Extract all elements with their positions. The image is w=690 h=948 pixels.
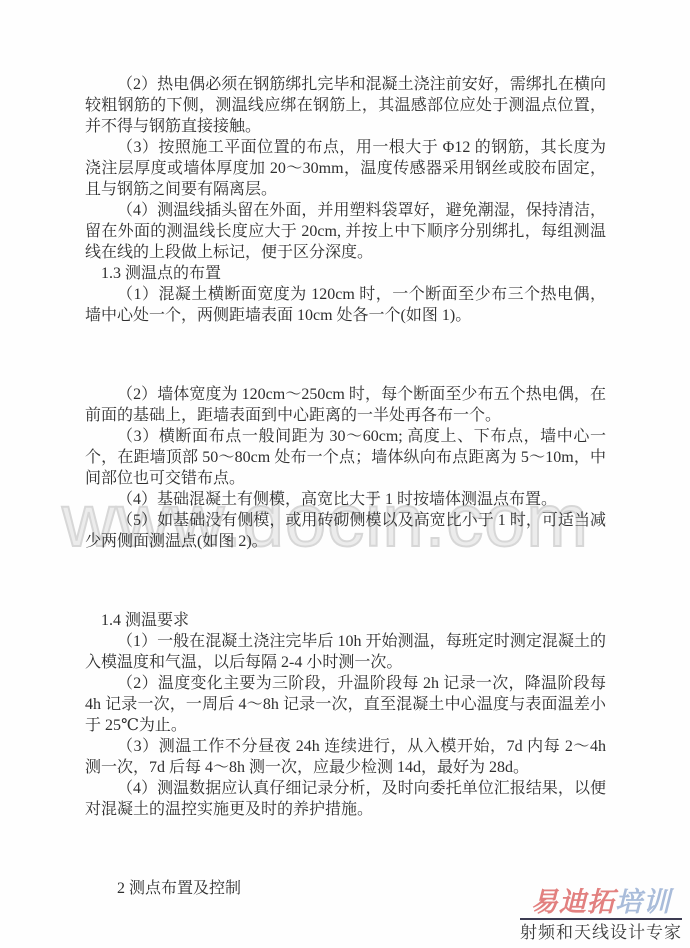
document-text-block: （5）如基础没有侧模，或用砖砌侧模以及高宽比小于 1 时，可适当减少两侧面测温点… <box>85 510 606 552</box>
brand-logo-rule <box>520 918 682 920</box>
document-text-block: （2）热电偶必须在钢筋绑扎完毕和混凝土浇注前安好，需绑扎在横向较粗钢筋的下侧，测… <box>85 74 606 137</box>
document-text-block: （4）基础混凝土有侧模，高宽比大于 1 时按墙体测温点布置。 <box>85 489 606 510</box>
brand-logo-part1: 易迪拓 <box>531 887 615 917</box>
document-text-block: （3）按照施工平面位置的布点，用一根大于 Φ12 的钢筋，其长度为浇注层厚度或墙… <box>85 137 606 200</box>
document-text-block: （3）测温工作不分昼夜 24h 连续进行，从入模开始，7d 内每 2～4h 测一… <box>85 736 606 778</box>
brand-logo-wordmark: 易迪拓培训 <box>516 888 686 916</box>
document-text-block: （4）测温数据应认真仔细记录分析，及时向委托单位汇报结果，以便对混凝土的温控实施… <box>85 778 606 820</box>
document-text-block: （1）一般在混凝土浇注完毕后 10h 开始测温，每班定时测定混凝土的入模温度和气… <box>85 631 606 673</box>
document-text-block <box>85 836 606 862</box>
document-page: www.docin.com （2）热电偶必须在钢筋绑扎完毕和混凝土浇注前安好，需… <box>0 0 690 948</box>
brand-logo-part2: 培训 <box>615 887 671 917</box>
document-text-block: （3）横断面布点一般间距为 30～60cm; 高度上、下布点，墙中心一个，在距墙… <box>85 426 606 489</box>
brand-logo: 易迪拓培训 射频和天线设计专家 <box>516 888 686 942</box>
document-text-block: （1）混凝土横断面宽度为 120cm 时，一个断面至少布三个热电偶，墙中心处一个… <box>85 284 606 326</box>
document-text-block <box>85 342 606 368</box>
document-text-block: （2）温度变化主要为三阶段，升温阶段每 2h 记录一次，降温阶段每 4h 记录一… <box>85 673 606 736</box>
document-text-block: 1.3 测温点的布置 <box>85 263 606 284</box>
document-content: （2）热电偶必须在钢筋绑扎完毕和混凝土浇注前安好，需绑扎在横向较粗钢筋的下侧，测… <box>85 74 606 899</box>
document-text-block: 1.4 测温要求 <box>85 610 606 631</box>
brand-logo-subtitle: 射频和天线设计专家 <box>516 923 686 942</box>
document-text-block <box>85 568 606 594</box>
document-text-block: （2）墙体宽度为 120cm～250cm 时，每个断面至少布五个热电偶，在前面的… <box>85 384 606 426</box>
document-text-block: （4）测温线插头留在外面，并用塑料袋罩好，避免潮湿，保持清洁，留在外面的测温线长… <box>85 200 606 263</box>
